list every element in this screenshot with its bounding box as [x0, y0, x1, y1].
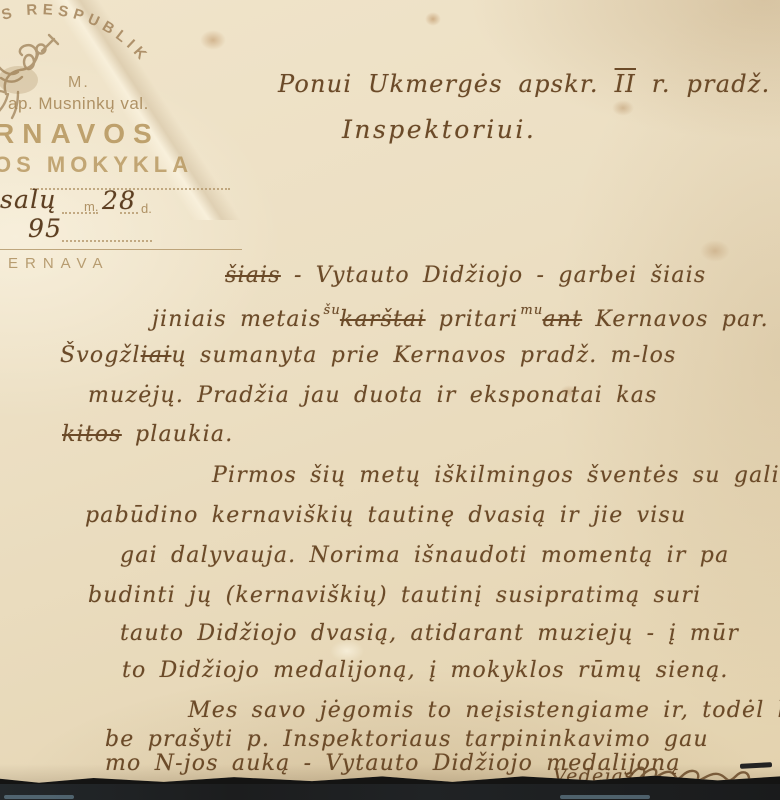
body-line: tauto Didžiojo dvasią, atidarant muziejų… [120, 621, 739, 646]
letterhead-school-name-1: RNAVOS [0, 118, 160, 150]
scan-background-strip [0, 784, 780, 800]
body-line: budinti jų (kernaviškių) tautinį susipra… [88, 583, 701, 608]
paper-stain [700, 240, 730, 262]
letterhead-m-label: M. [68, 74, 90, 92]
date-m-printed: m. [84, 199, 98, 214]
scan-glint [4, 795, 74, 799]
body-line: be prašyti p. Inspektoriaus tarpininkavi… [105, 727, 709, 752]
scan-glint [560, 795, 650, 799]
date-d-printed: d. [141, 201, 152, 216]
heading-addressee-line1: Ponui Ukmergės apskr. II r. pradž. m [278, 70, 780, 98]
body-line: jiniais metaisšukarštai pritarimuant Ker… [152, 303, 780, 332]
letter-paper: S RESPUBLIK M. ap. Musninkų val. RNAVOS … [0, 0, 780, 789]
date-year-handwritten: 95 [28, 214, 62, 243]
body-line: pabūdino kernaviškių tautinę dvasią ir j… [85, 503, 686, 528]
body-line: kitos plaukia. [62, 422, 233, 447]
body-line: muzėjų. Pradžia jau duota ir eksponatai … [88, 383, 658, 408]
letterhead-district-line: ap. Musninkų val. [8, 94, 149, 114]
body-line: Pirmos šių metų iškilmingos šventės su g… [212, 463, 780, 488]
date-dotted-rule [62, 240, 152, 242]
date-month-handwritten: salų [0, 185, 57, 214]
body-line: to Didžiojo medalijoną, į mokyklos rūmų … [122, 658, 729, 683]
paper-stain [425, 12, 441, 26]
body-line: gai dalyvauja. Norima išnaudoti momentą … [120, 543, 729, 568]
body-line: Švogžliaių sumanyta prie Kernavos pradž.… [60, 343, 677, 368]
heading-addressee-line2: Inspektoriui. [342, 115, 536, 144]
date-dotted-leader [120, 212, 138, 214]
letterhead-school-name-2: OS MOKYKLA [0, 152, 193, 178]
letterhead-place-name: ERNAVA [8, 255, 109, 272]
letterhead-rule [0, 249, 242, 250]
date-day-handwritten: 28 [102, 186, 136, 215]
body-line: šiais - Vytauto Didžiojo - garbei šiais [225, 263, 706, 288]
body-line: Mes savo jėgomis to neįsistengiame ir, t… [188, 698, 780, 723]
paper-stain [612, 100, 634, 116]
